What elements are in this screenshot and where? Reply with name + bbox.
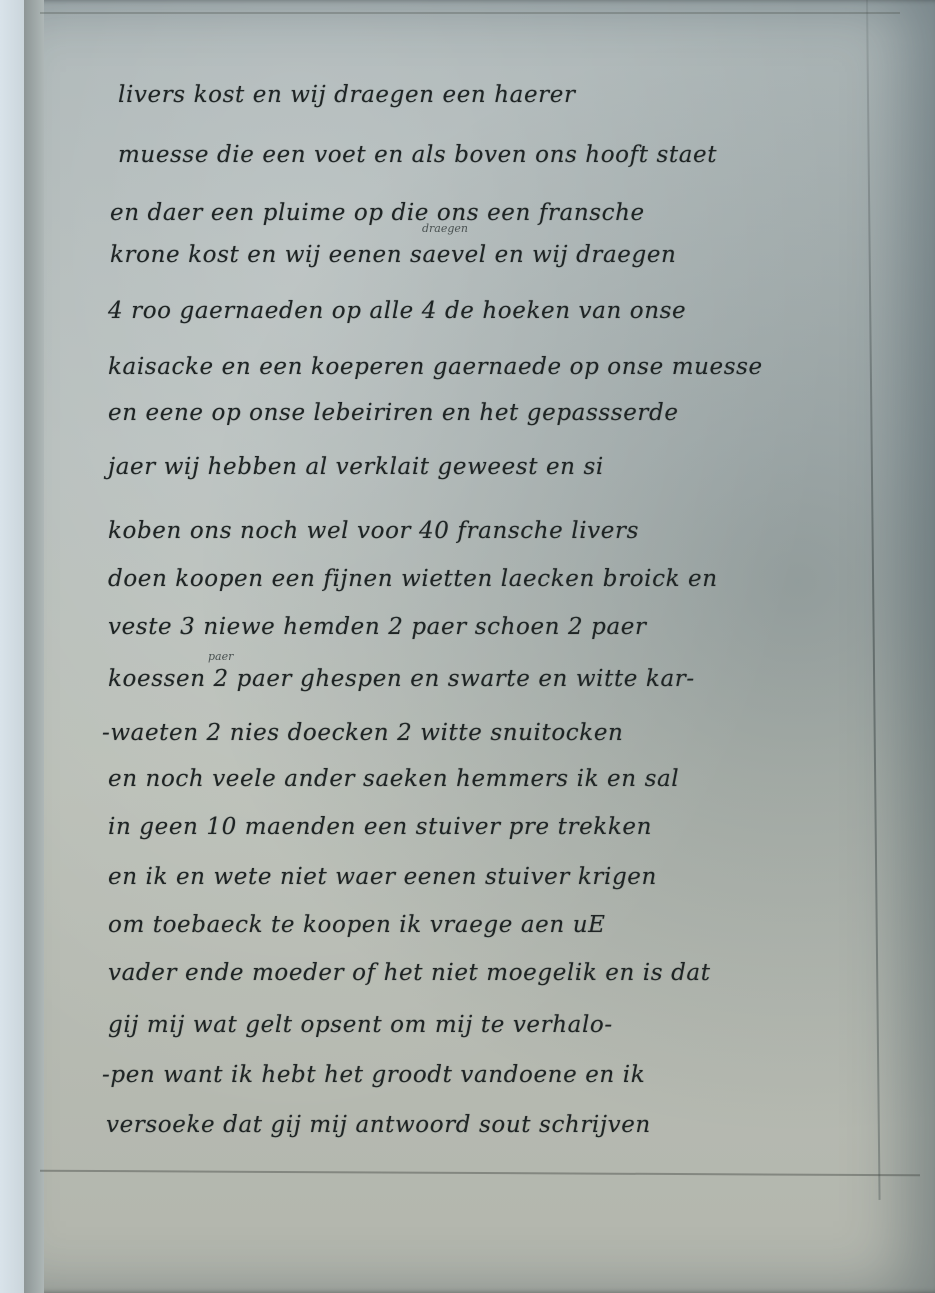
manuscript-page: [24, 0, 935, 1293]
text-line-15: in geen 10 maenden een stuiver pre trekk…: [108, 814, 652, 840]
text-line-4: krone kost en wij eenen saevel en wij dr…: [110, 242, 676, 268]
text-line-20: -pen want ik hebt het groodt vandoene en…: [102, 1062, 645, 1088]
text-line-13: -waeten 2 nies doecken 2 witte snuitocke…: [102, 720, 623, 746]
text-line-12: koessen 2 paer ghespen en swarte en witt…: [108, 666, 695, 692]
text-line-10: doen koopen een fijnen wietten laecken b…: [108, 566, 718, 592]
interlinear-note-2: paer: [208, 650, 233, 663]
text-line-3: en daer een pluime op die ons een fransc…: [110, 200, 645, 226]
top-fold-line: [40, 12, 900, 14]
text-line-18: vader ende moeder of het niet moegelik e…: [108, 960, 711, 986]
text-line-8: jaer wij hebben al verklait geweest en s…: [108, 454, 604, 480]
text-line-6: kaisacke en een koeperen gaernaede op on…: [108, 354, 763, 380]
interlinear-note-1: draegen: [422, 222, 468, 235]
text-line-19: gij mij wat gelt opsent om mij te verhal…: [108, 1012, 613, 1038]
text-line-2: muesse die een voet en als boven ons hoo…: [118, 142, 717, 168]
text-line-21: versoeke dat gij mij antwoord sout schri…: [106, 1112, 651, 1138]
text-line-17: om toebaeck te koopen ik vraege aen uE: [108, 912, 606, 938]
text-line-11: veste 3 niewe hemden 2 paer schoen 2 pae…: [108, 614, 647, 640]
page-binding-edge: [24, 0, 44, 1293]
text-line-9: koben ons noch wel voor 40 fransche live…: [108, 518, 639, 544]
text-line-1: livers kost en wij draegen een haerer: [118, 82, 576, 108]
text-line-14: en noch veele ander saeken hemmers ik en…: [108, 766, 679, 792]
text-line-7: en eene op onse lebeiriren en het gepass…: [108, 400, 679, 426]
text-line-16: en ik en wete niet waer eenen stuiver kr…: [108, 864, 657, 890]
text-line-5: 4 roo gaernaeden op alle 4 de hoeken van…: [108, 298, 686, 324]
